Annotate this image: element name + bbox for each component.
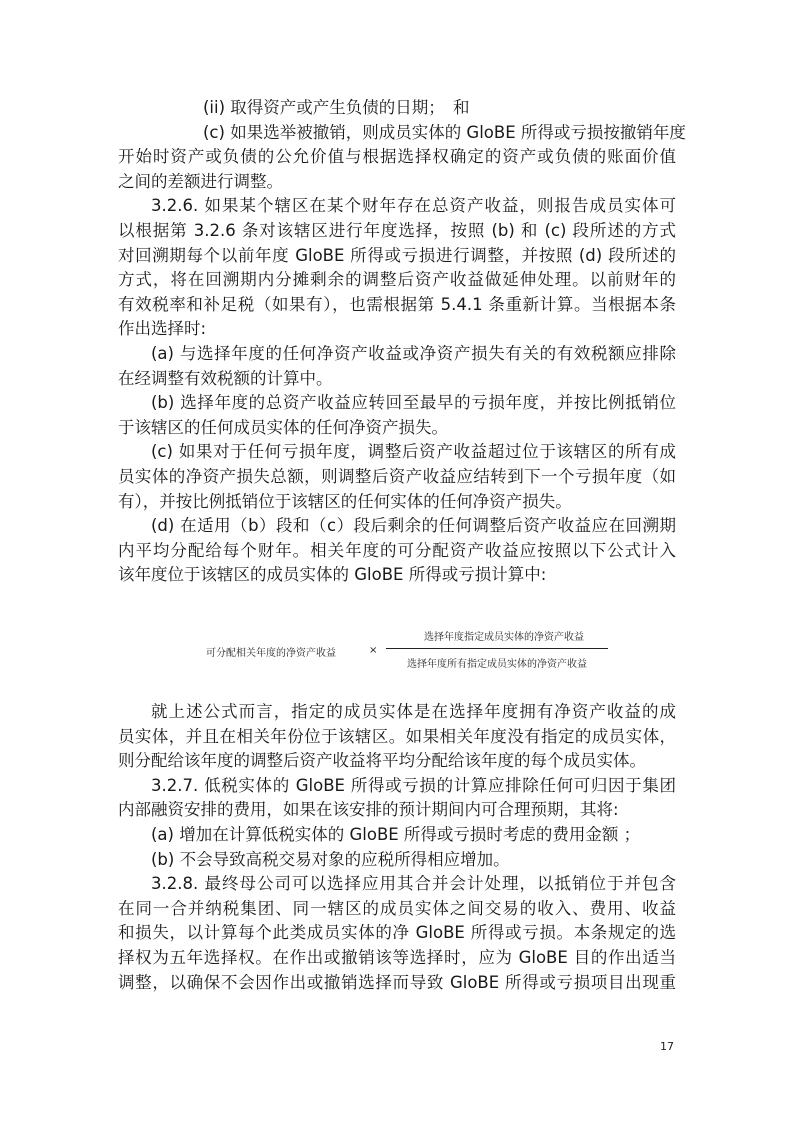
text-line: 在同一合并纳税集团、同一辖区的成员实体之间交易的收入、费用、收益 xyxy=(118,897,676,922)
text-line: (b) 选择年度的总资产收益应转回至最早的亏损年度，并按比例抵销位 xyxy=(118,391,676,416)
document-page-bottom: 就上述公式而言，指定的成员实体是在选择年度拥有净资产收益的成 员实体，并且在相关… xyxy=(118,700,676,995)
text-line: 作出选择时: xyxy=(118,317,676,342)
text-line: 择权为五年选择权。在作出或撤销该等选择时，应为 GloBE 目的作出适当 xyxy=(118,946,676,971)
document-page-top: (ii) 取得资产或产生负债的日期； 和 (c) 如果选举被撤销，则成员实体的 … xyxy=(118,96,676,588)
allocation-formula: 可分配相关年度的净资产收益 × 选择年度指定成员实体的净资产收益 选择年度所有指… xyxy=(206,628,606,672)
text-line: 员实体，并且在相关年份位于该辖区。如果相关年度没有指定的成员实体， xyxy=(118,725,676,750)
text-line: (c) 如果对于任何亏损年度，调整后资产收益超过位于该辖区的所有成 xyxy=(118,440,676,465)
text-line: 在经调整有效税额的计算中。 xyxy=(118,367,676,392)
formula-left-term: 可分配相关年度的净资产收益 xyxy=(206,644,336,659)
text-line: 于该辖区的任何成员实体的任何净资产损失。 xyxy=(118,416,676,441)
section-3-2-7-heading-line: 3.2.7. 低税实体的 GloBE 所得或亏损的计算应排除任何可归因于集团 xyxy=(118,774,676,799)
text-line: 有效税率和补足税（如果有），也需根据第 5.4.1 条重新计算。当根据本条 xyxy=(118,293,676,318)
page-number: 17 xyxy=(660,1040,674,1053)
text-line: 开始时资产或负债的公允价值与根据选择权确定的资产或负债的账面价值 xyxy=(118,145,676,170)
text-line: 以根据第 3.2.6 条对该辖区进行年度选择，按照 (b) 和 (c) 段所述的… xyxy=(118,219,676,244)
fraction-bar xyxy=(386,648,608,649)
text-line: 调整，以确保不会因作出或撤销选择而导致 GloBE 所得或亏损项目出现重 xyxy=(118,971,676,996)
text-line: (a) 增加在计算低税实体的 GloBE 所得或亏损时考虑的费用金额 ； xyxy=(118,823,676,848)
formula-denominator: 选择年度所有指定成员实体的净资产收益 xyxy=(386,655,608,670)
text-line: 方式，将在回溯期内分摊剩余的调整后资产收益做延伸处理。以前财年的 xyxy=(118,268,676,293)
text-line: 则分配给该年度的调整后资产收益将平均分配给该年度的每个成员实体。 xyxy=(118,749,676,774)
text-line: 和损失，以计算每个此类成员实体的净 GloBE 所得或亏损。本条规定的选 xyxy=(118,921,676,946)
multiply-operator: × xyxy=(369,645,377,656)
text-line: 内平均分配给每个财年。相关年度的可分配资产收益应按照以下公式计入 xyxy=(118,539,676,564)
text-line: 对回溯期每个以前年度 GloBE 所得或亏损进行调整，并按照 (d) 段所述的 xyxy=(118,244,676,269)
formula-numerator: 选择年度指定成员实体的净资产收益 xyxy=(406,628,602,643)
text-line: 员实体的净资产损失总额，则调整后资产收益应结转到下一个亏损年度（如 xyxy=(118,465,676,490)
text-line: (b) 不会导致高税交易对象的应税所得相应增加。 xyxy=(118,848,676,873)
text-line: 有），并按比例抵销位于该辖区的任何实体的任何净资产损失。 xyxy=(118,490,676,515)
text-line: (d) 在适用（b）段和（c）段后剩余的任何调整后资产收益应在回溯期 xyxy=(118,514,676,539)
text-line: 就上述公式而言，指定的成员实体是在选择年度拥有净资产收益的成 xyxy=(118,700,676,725)
text-line: (ii) 取得资产或产生负债的日期； 和 xyxy=(118,96,676,121)
text-line: (c) 如果选举被撤销，则成员实体的 GloBE 所得或亏损按撤销年度 xyxy=(118,121,676,146)
section-3-2-6-heading-line: 3.2.6. 如果某个辖区在某个财年存在总资产收益，则报告成员实体可 xyxy=(118,194,676,219)
section-3-2-8-heading-line: 3.2.8. 最终母公司可以选择应用其合并会计处理，以抵销位于并包含 xyxy=(118,872,676,897)
text-line: 之间的差额进行调整。 xyxy=(118,170,676,195)
text-line: 该年度位于该辖区的成员实体的 GloBE 所得或亏损计算中: xyxy=(118,563,676,588)
text-line: (a) 与选择年度的任何净资产收益或净资产损失有关的有效税额应排除 xyxy=(118,342,676,367)
text-line: 内部融资安排的费用，如果在该安排的预计期间内可合理预期，其将: xyxy=(118,798,676,823)
